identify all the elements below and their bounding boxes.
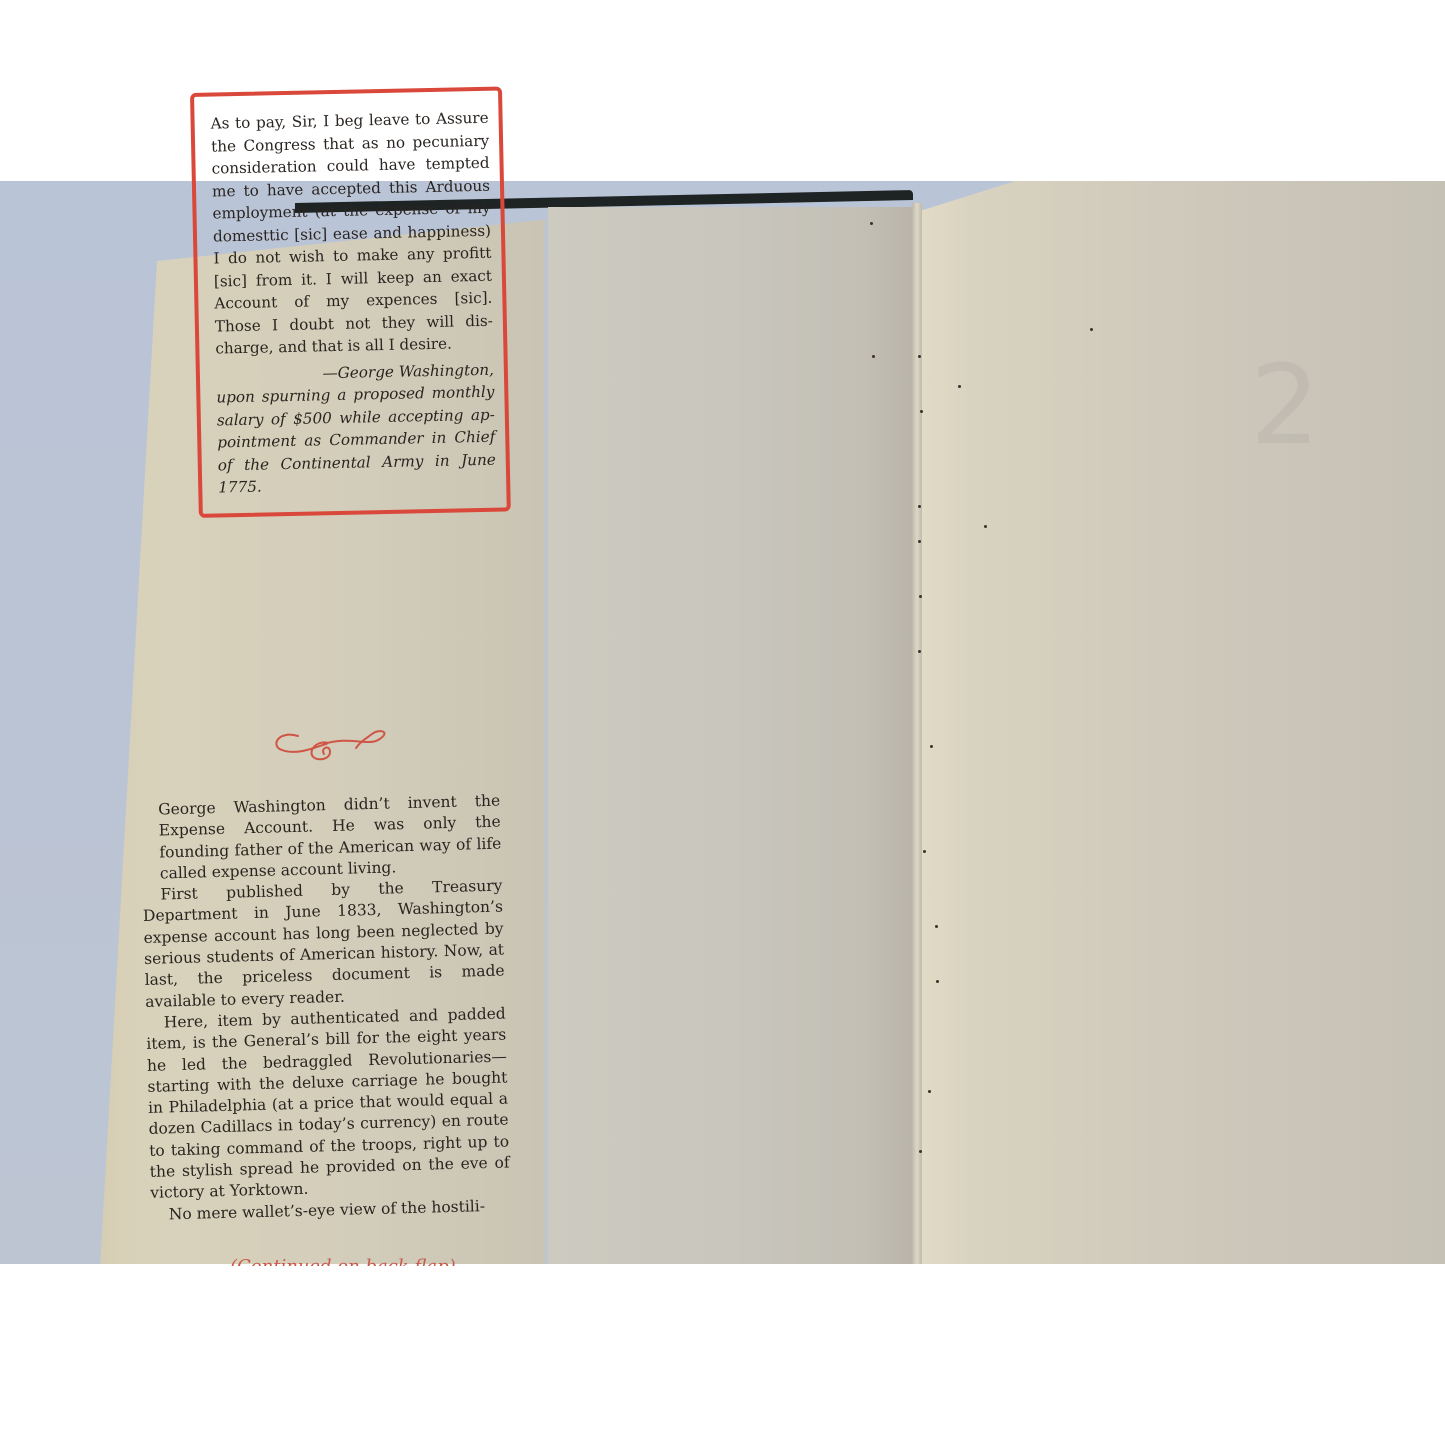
flyleaf-page bbox=[920, 181, 1445, 1264]
attribution-line: 1775. bbox=[218, 471, 496, 499]
quote-text: As to pay, Sir, I beg leave to Assurethe… bbox=[210, 107, 493, 360]
pencil-page-mark: 2 bbox=[1250, 341, 1320, 469]
book-gutter bbox=[912, 203, 922, 1264]
quote-line: charge, and that is all I desire. bbox=[215, 332, 493, 360]
blurb-paragraph: Here, item by authenticated and padded i… bbox=[146, 1003, 511, 1204]
jacket-blurb: George Washington didn’t invent the Expe… bbox=[140, 791, 511, 1226]
quote-attribution-context: upon spurning a proposed monthlysalary o… bbox=[216, 381, 496, 499]
flourish-ornament-icon bbox=[268, 726, 398, 766]
blurb-paragraph: George Washington didn’t invent the Expe… bbox=[140, 791, 502, 886]
blurb-paragraph: First published by the Treasury Departme… bbox=[142, 876, 505, 1013]
continued-note: (Continued on back flap) bbox=[230, 1252, 490, 1266]
pastedown-page bbox=[548, 207, 918, 1264]
quote-box: As to pay, Sir, I beg leave to Assurethe… bbox=[190, 86, 511, 517]
